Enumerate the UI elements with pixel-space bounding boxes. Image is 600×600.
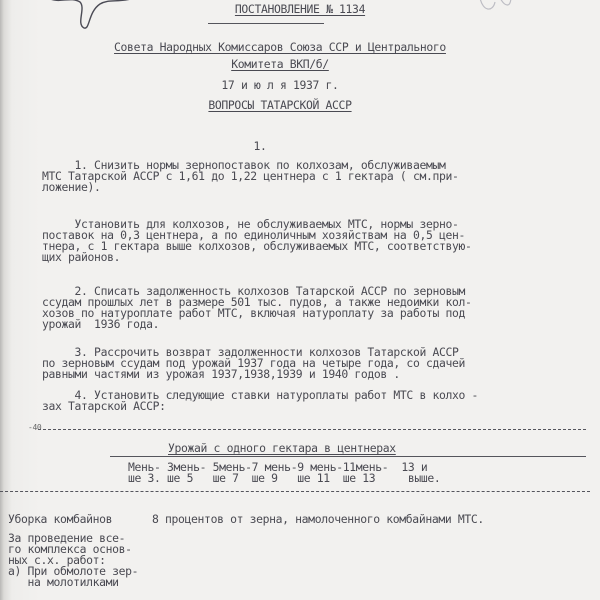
table-bottom-rule <box>0 491 590 492</box>
paragraph-line: равными частями из урожая 1937,1938,1939… <box>42 369 400 380</box>
issuer-line-2: Комитета ВКП/б/ <box>0 59 560 70</box>
section-number: 1. <box>0 141 520 152</box>
paragraph-line: ложение). <box>42 182 101 193</box>
paragraph-line: щих районов. <box>42 252 120 263</box>
document-page: ПОСТАНОВЛЕНИЕ № 1134 Совета Народных Ком… <box>0 0 600 600</box>
document-title: ПОСТАНОВЛЕНИЕ № 1134 <box>0 4 600 15</box>
document-subject: ВОПРОСЫ ТАТАРСКОЙ АССР <box>0 100 560 111</box>
title-underline <box>208 23 324 24</box>
document-date: 17 и ю л я 1937 г. <box>0 80 560 91</box>
paragraph-line: зах Татарской АССР: <box>42 401 166 412</box>
table-header: Урожай с одного гектара в центнерах <box>168 443 396 454</box>
paragraph-line: МТС Татарской АССР с 1,61 до 1,22 центне… <box>42 171 459 182</box>
table-header-rule <box>110 456 586 457</box>
issuer-line-1: Совета Народных Комиссаров Союза ССР и Ц… <box>0 42 560 53</box>
table-column-headers-line-2: ше 3. ше 5 ше 7 ше 9 ше 11 ше 13 выше. <box>128 473 440 484</box>
paragraph-line: урожай 1936 года. <box>42 319 159 330</box>
row-label: Уборка комбайнов <box>8 514 112 525</box>
row-label-line: на молотилками <box>8 577 119 588</box>
table-top-rule <box>38 429 586 430</box>
row-value: 8 процентов от зерна, намолоченного комб… <box>152 514 484 525</box>
margin-note: -40 <box>28 424 41 432</box>
